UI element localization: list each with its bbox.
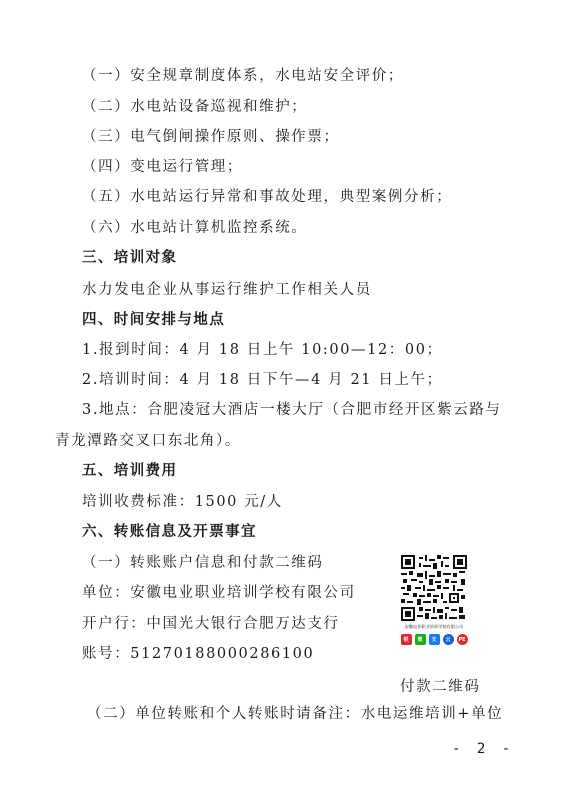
alipay-icon: 支 [429, 634, 440, 645]
training-location: 3.地点：合肥凌冠大酒店一楼大厅（合肥市经开区紫云路与 [82, 401, 502, 419]
qr-label: 付款二维码 [400, 675, 481, 696]
content-item-1: （一）安全规章制度体系，水电站安全评价； [82, 67, 404, 85]
bank-pay-icon: PE [457, 634, 468, 645]
payment-qr-block: 安徽电业职业培训学校有限公司 银 微 支 云 PE [394, 555, 474, 645]
cloud-pay-icon: 云 [443, 634, 454, 645]
payment-methods: 银 微 支 云 PE [394, 634, 474, 645]
wechat-pay-icon: 微 [415, 634, 426, 645]
registration-time: 1.报到时间：4 月 18 日上午 10:00—12：00； [82, 341, 443, 359]
bank-name: 开户行：中国光大银行合肥万达支行 [82, 615, 340, 633]
section3-heading: 三、培训对象 [82, 249, 177, 267]
section3-text: 水力发电企业从事运行维护工作相关人员 [82, 281, 372, 299]
content-item-3: （三）电气倒闸操作原则、操作票； [82, 128, 340, 146]
section5-heading: 五、培训费用 [82, 462, 177, 480]
section6-heading: 六、转账信息及开票事宜 [82, 523, 257, 541]
transfer-subheading: （一）转账账户信息和付款二维码 [82, 554, 324, 572]
qr-code-icon[interactable] [401, 555, 467, 621]
payee-unit: 单位：安徽电业职业培训学校有限公司 [82, 584, 356, 602]
training-fee: 培训收费标准：1500 元/人 [82, 493, 283, 511]
training-time: 2.培训时间：4 月 18 日下午—4 月 21 日上午； [82, 371, 443, 389]
qr-caption: 安徽电业职业培训学校有限公司 [394, 624, 474, 630]
section4-heading: 四、时间安排与地点 [82, 311, 225, 329]
unionpay-icon: 银 [401, 634, 412, 645]
page-number: - 2 - [452, 741, 514, 757]
account-number: 账号：51270188000286100 [82, 645, 314, 663]
content-item-2: （二）水电站设备巡视和维护； [82, 98, 307, 116]
content-item-6: （六）水电站计算机监控系统。 [82, 219, 307, 237]
training-location-continued: 青龙潭路交叉口东北角）。 [55, 432, 241, 450]
transfer-remark: （二）单位转账和个人转账时请备注：水电运维培训+单位 [87, 705, 503, 723]
content-item-4: （四）变电运行管理； [82, 158, 243, 176]
content-item-5: （五）水电站运行异常和事故处理，典型案例分析； [82, 188, 452, 206]
